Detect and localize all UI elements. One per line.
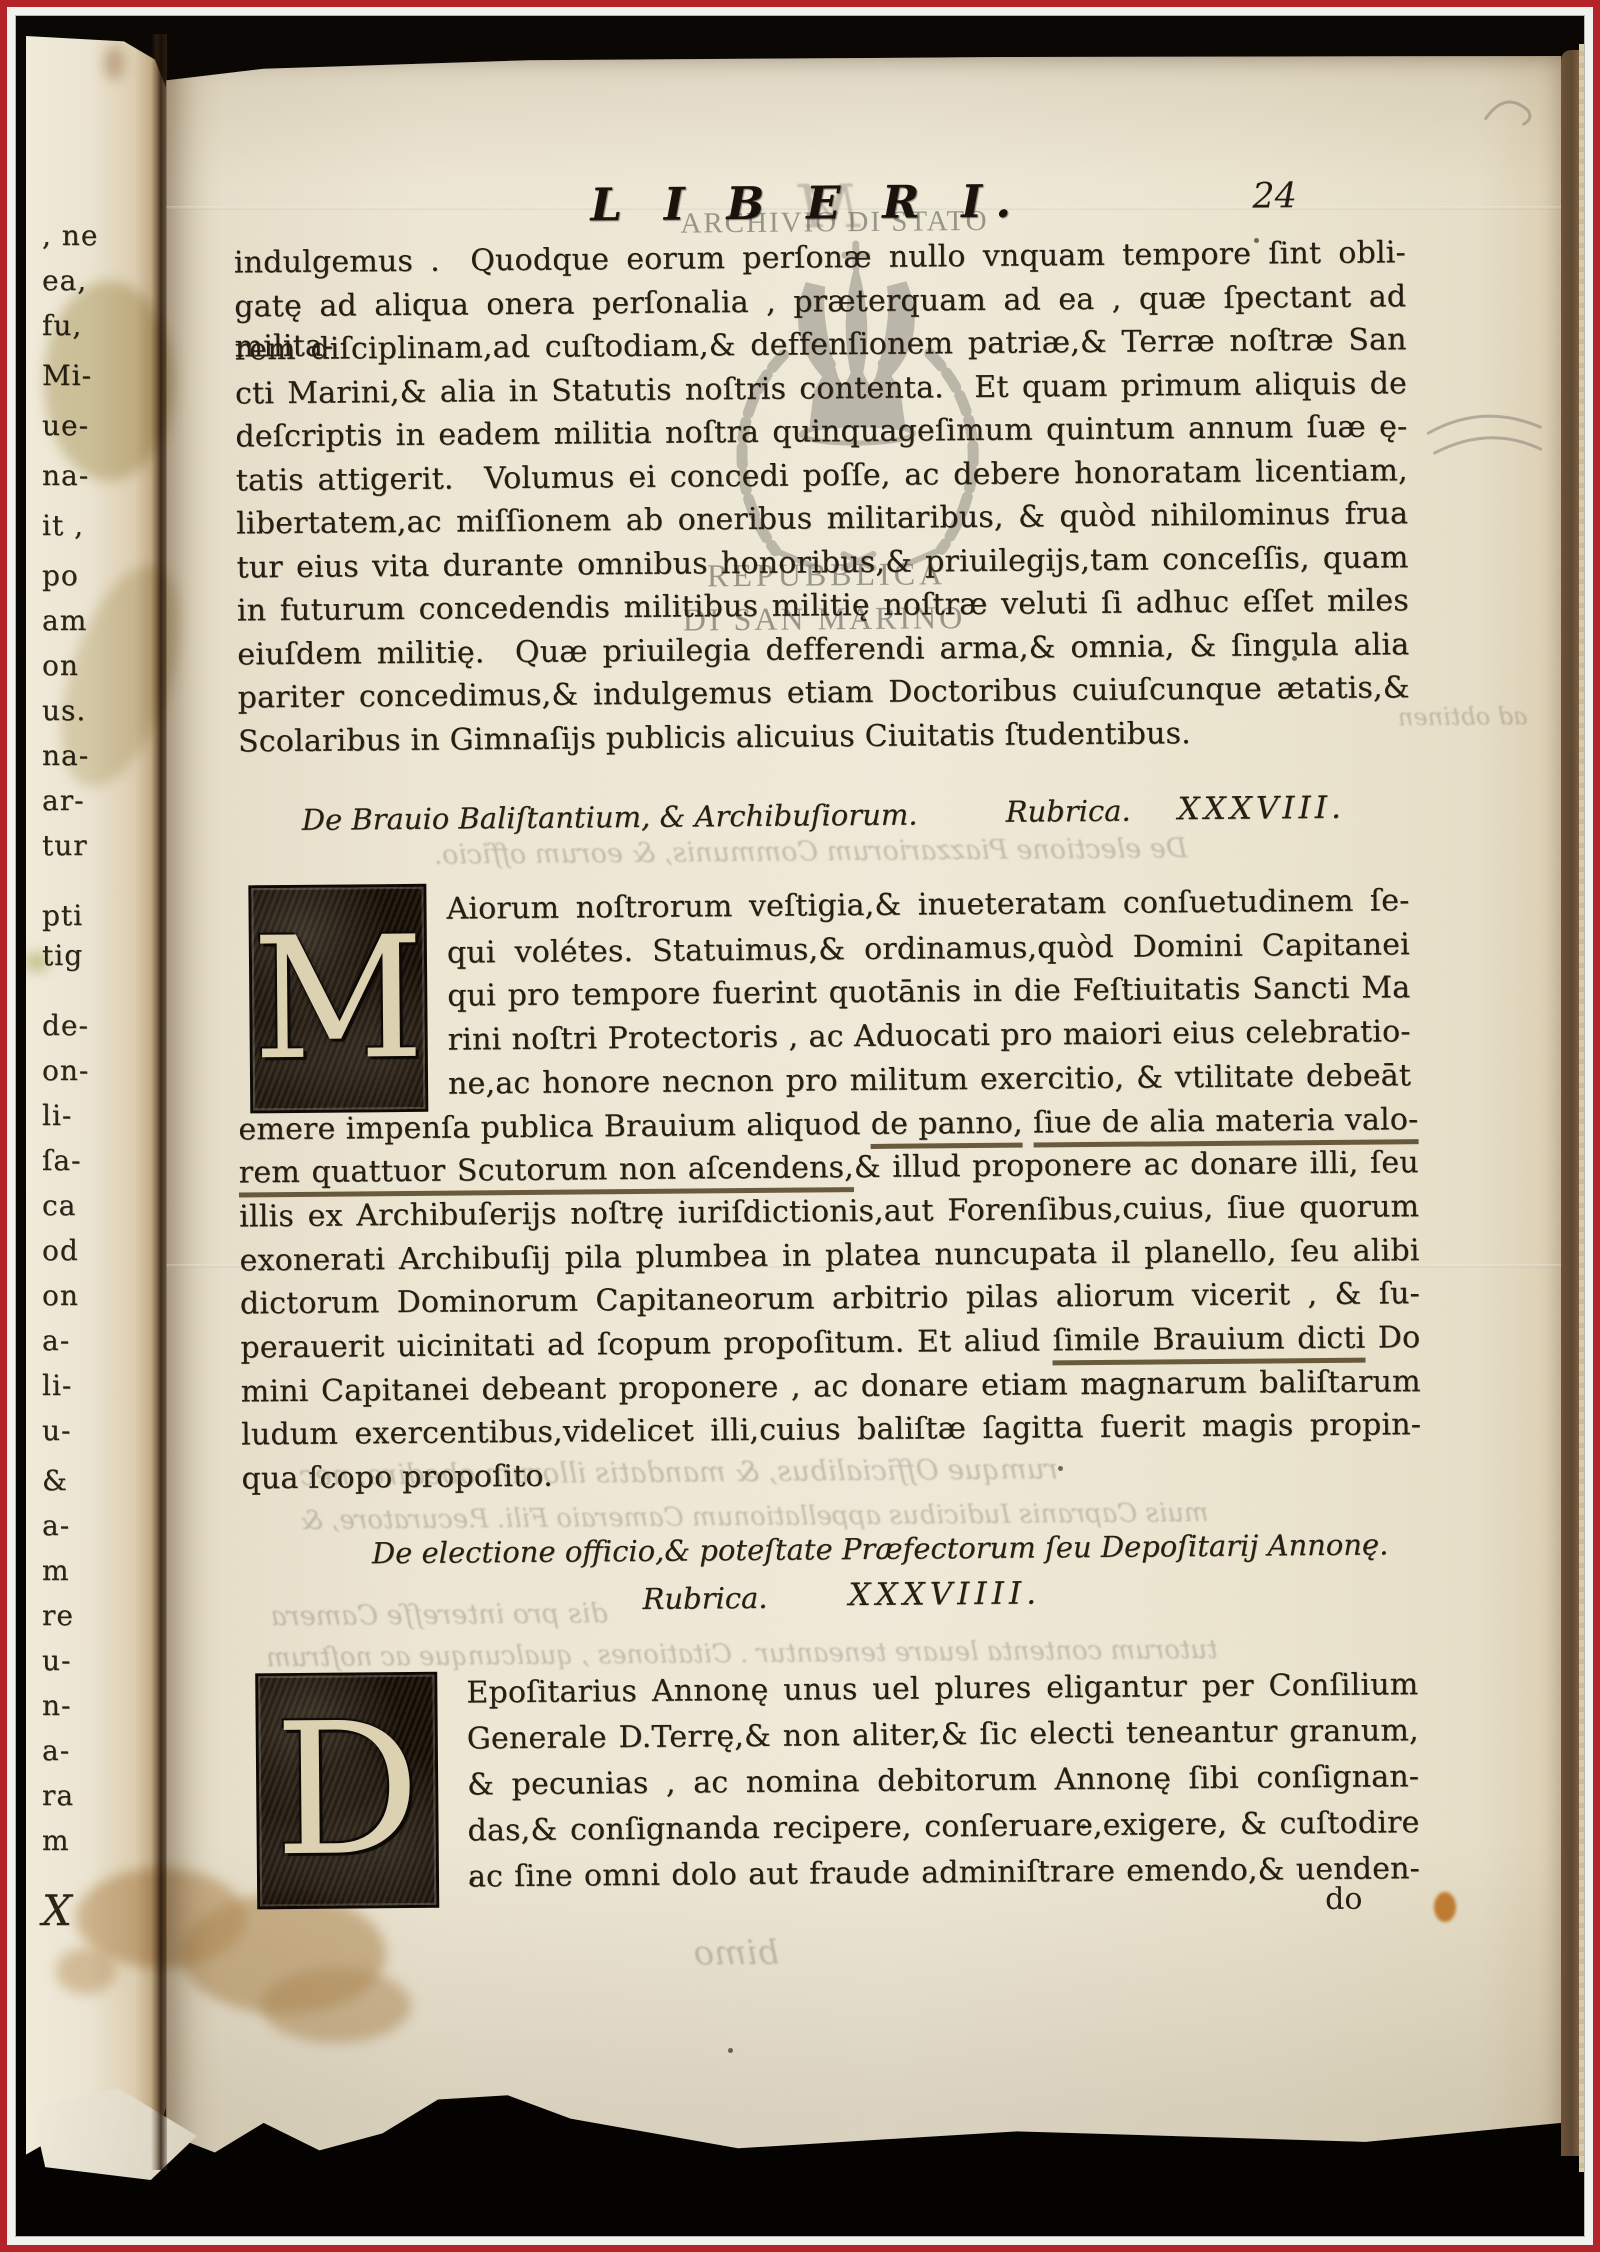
previous-page-edge: , neea,fu,Mi-ue-na-it ,poamonus.na-ar-tu… xyxy=(26,36,166,2176)
margin-fragment: ca xyxy=(42,1189,76,1222)
margin-fragment: tig xyxy=(42,939,83,972)
margin-fragment: po xyxy=(42,559,79,592)
margin-fragment: n- xyxy=(42,1689,72,1722)
margin-fragment: a- xyxy=(42,1509,70,1542)
margin-fragment: am xyxy=(42,604,87,637)
photo-background: , neea,fu,Mi-ue-na-it ,poamonus.na-ar-tu… xyxy=(16,16,1584,2236)
book-page: ARCHIVIO DI STATO xyxy=(166,56,1561,2178)
margin-fragment: ſa- xyxy=(42,1144,82,1177)
margin-fragment: re xyxy=(42,1599,74,1632)
stacked-pages-edge xyxy=(1579,44,1584,2172)
gutter-shadow xyxy=(151,34,167,2170)
margin-fragment: u- xyxy=(42,1644,72,1677)
margin-fragment: ar- xyxy=(42,784,85,817)
margin-fragment: , ne xyxy=(42,219,98,252)
margin-fragment: fu, xyxy=(42,309,82,342)
margin-fragment: pti xyxy=(42,899,83,932)
margin-fragment: ue- xyxy=(42,409,89,442)
margin-fragment: us. xyxy=(42,694,86,727)
margin-fragment: li- xyxy=(42,1369,72,1402)
paper-texture xyxy=(166,56,1561,2178)
margin-fragment: X xyxy=(42,1886,73,1935)
margin-fragment: a- xyxy=(42,1324,70,1357)
margin-fragment: od xyxy=(42,1234,79,1267)
margin-fragment: on- xyxy=(42,1054,89,1087)
margin-fragment: ea, xyxy=(42,264,87,297)
margin-fragment: li- xyxy=(42,1099,72,1132)
margin-fragment: tur xyxy=(42,829,88,862)
margin-fragment: on xyxy=(42,1279,79,1312)
margin-fragment: na- xyxy=(42,739,89,772)
page-edge xyxy=(1561,50,1579,2156)
margin-fragment: Mi- xyxy=(42,359,92,392)
margin-fragment: & xyxy=(42,1464,68,1497)
margin-fragment: it , xyxy=(42,509,84,542)
margin-fragment: de- xyxy=(42,1009,89,1042)
margin-fragment: m xyxy=(42,1554,70,1587)
margin-fragment: na- xyxy=(42,459,89,492)
margin-fragment: m xyxy=(42,1824,70,1857)
margin-fragment: u- xyxy=(42,1414,72,1447)
margin-fragment: ra xyxy=(42,1779,74,1812)
scanned-book-photo: , neea,fu,Mi-ue-na-it ,poamonus.na-ar-tu… xyxy=(0,0,1600,2252)
margin-fragment: on xyxy=(42,649,79,682)
margin-fragment: a- xyxy=(42,1734,70,1767)
